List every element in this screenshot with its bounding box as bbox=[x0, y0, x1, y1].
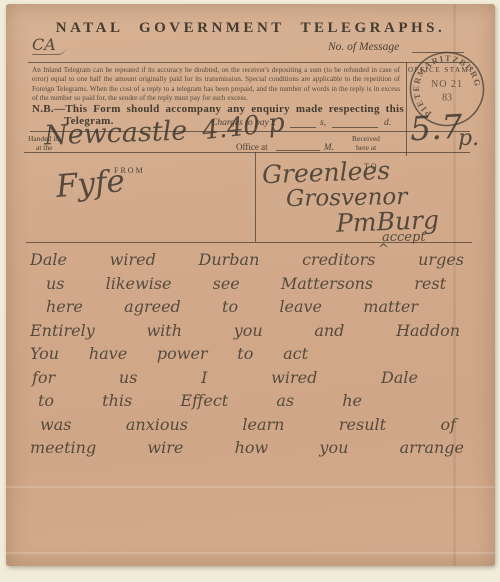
message-line: You have power to act bbox=[30, 342, 308, 366]
from-to-divider bbox=[255, 152, 256, 242]
message-line: meeting wire how you arrange bbox=[30, 436, 464, 460]
meridiem-label: M. bbox=[324, 142, 334, 152]
sender-name: Fyfe bbox=[55, 163, 127, 205]
pence-label: d. bbox=[384, 118, 391, 128]
telegram-form: NATAL GOVERNMENT TELEGRAPHS. No. of Mess… bbox=[6, 4, 495, 566]
message-line: Dale wired Durban creditors urges bbox=[30, 248, 464, 272]
crease-line bbox=[6, 486, 495, 488]
message-line: to this Effect as he bbox=[38, 389, 362, 413]
message-line: here agreed to leave matter bbox=[46, 295, 418, 319]
rule-line bbox=[24, 152, 470, 153]
stamp-date-bottom: 83 bbox=[442, 93, 452, 104]
stamp-date-top: NO 21 bbox=[431, 79, 463, 90]
received-label: Received bbox=[352, 134, 380, 143]
message-body: Dale wired Durban creditors urges us lik… bbox=[30, 248, 472, 460]
crease-line bbox=[453, 4, 456, 566]
photo-background: { "colors": { "paper": "#d2aa8b", "ink":… bbox=[0, 0, 500, 582]
message-line: Entirely with you and Haddon bbox=[30, 319, 460, 343]
shillings-label: s, bbox=[320, 118, 326, 128]
ca-annotation: CA bbox=[32, 35, 66, 55]
handed-in-station-value: Newcastle bbox=[44, 116, 188, 152]
message-line: was anxious learn result of bbox=[40, 413, 456, 437]
charges-blank-line bbox=[290, 127, 316, 128]
here-at-label: here at bbox=[356, 143, 376, 152]
document-title: NATAL GOVERNMENT TELEGRAPHS. bbox=[6, 20, 495, 37]
office-at-blank-line bbox=[276, 150, 320, 151]
office-at-label: Office at bbox=[236, 142, 268, 152]
charges-blank-line bbox=[332, 127, 378, 128]
message-line: for us I wired Dale bbox=[32, 366, 418, 390]
received-time-suffix: p. bbox=[458, 126, 479, 151]
message-number-label: No. of Message bbox=[328, 41, 399, 53]
message-line: us likewise see Mattersons rest bbox=[46, 272, 446, 296]
repetition-conditions-text: An Inland Telegram can be repeated if it… bbox=[32, 66, 400, 104]
crease-line bbox=[6, 552, 495, 554]
nb-notice-line1: N.B.—This Form should accompany any enqu… bbox=[32, 103, 404, 115]
